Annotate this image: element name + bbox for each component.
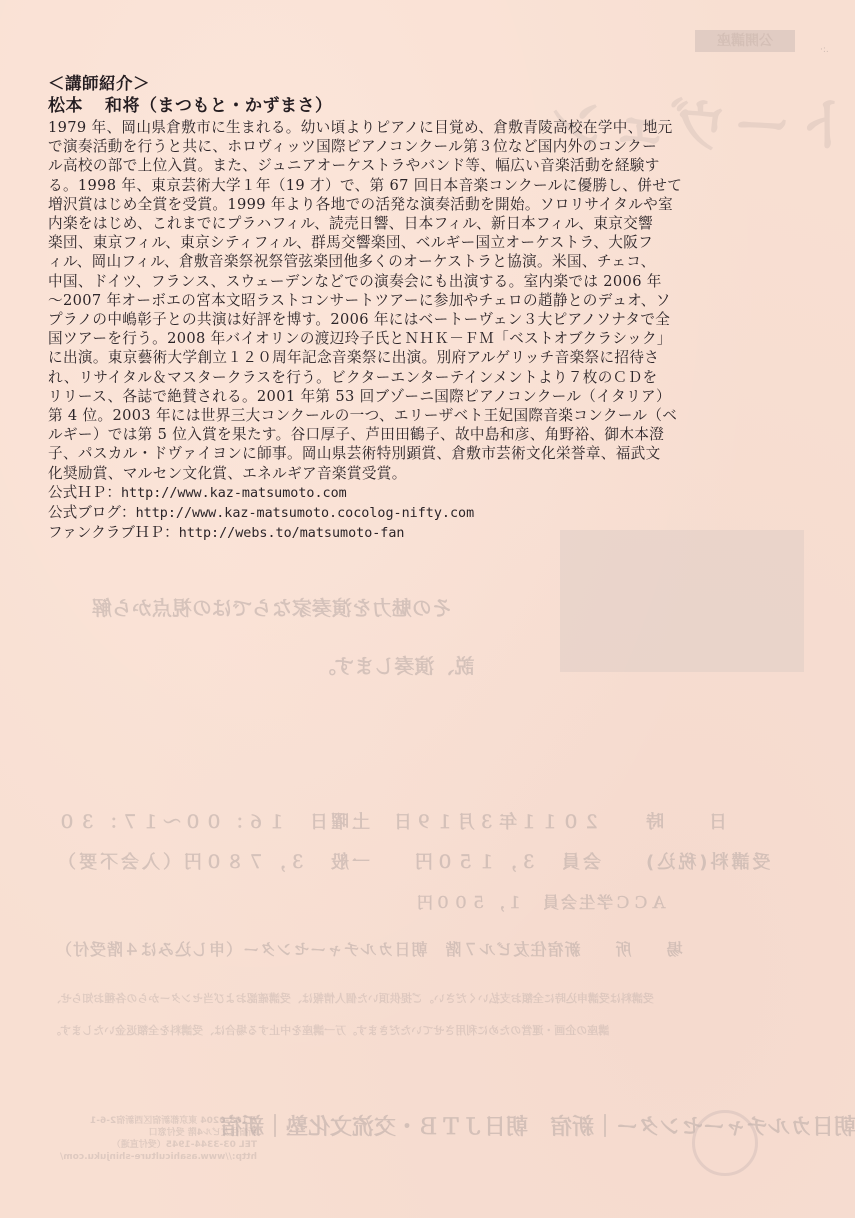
bio-line: ィル、岡山フィル、倉敷音楽祭祝祭管弦楽団他多くのオーケストラと協演。米国、チェコ… (48, 252, 828, 271)
link-label: 公式ブログ： (48, 504, 136, 521)
bio-line: で演奏活動を行うと共に、ホロヴィッツ国際ピアノコンクール第３位など国内外のコンク… (48, 137, 828, 156)
biography: 1979 年、岡山県倉敷市に生まれる。幼い頃よりピアノに目覚め、倉敷青陵高校在学… (48, 118, 828, 483)
given-name: 和将 (105, 96, 140, 116)
bleed-through-line: 説、演奏します。 (316, 650, 474, 679)
corner-mark: ·:. (820, 45, 829, 55)
bio-line: 子、パスカル・ドヴァイヨンに師事。岡山県芸術特別顕賞、倉敷市芸術文化栄誉章、福武… (48, 444, 828, 463)
bio-line: 増沢賞はじめ全賞を受賞。1999 年より各地での活発な演奏活動を開始。ソロリサイ… (48, 195, 828, 214)
bleed-through-badge: 公開講座 (695, 30, 795, 52)
links-list: 公式ＨＰ：http://www.kaz-matsumoto.com 公式ブログ：… (48, 483, 828, 544)
section-heading: ＜講師紹介＞ (48, 73, 828, 95)
bio-line: る。1998 年、東京芸術大学１年（19 才）で、第 67 回日本音楽コンクール… (48, 176, 828, 195)
bio-line: プラノの中嶋彰子との共演は好評を博す。2006 年にはベートーヴェン３大ピアノソ… (48, 310, 828, 329)
bleed-through-footer-address: 〒163-0204 東京都新宿区西新宿2-6-1 新宿住友ビル4階 受付窓口 T… (60, 1115, 257, 1163)
name-reading: （まつもと・かずまさ） (140, 96, 333, 116)
link-official-site: 公式ＨＰ：http://www.kaz-matsumoto.com (48, 483, 828, 503)
bleed-through-place-row: 場 所 新宿住友ビル７階 朝日カルチャーセンター（申し込みは４階受付） (55, 937, 683, 960)
family-name: 松本 (48, 96, 83, 116)
bleed-through-student-row: ＡＣＣ学生会員 １，５００円 (415, 890, 667, 913)
official-blog-link[interactable]: http://www.kaz-matsumoto.cocolog-nifty.c… (136, 506, 475, 521)
instructor-name: 松本和将（まつもと・かずまさ） (48, 95, 828, 117)
bio-line: 内楽をはじめ、これまでにプラハフィル、読売日響、日本フィル、新日本フィル、東京交… (48, 214, 828, 233)
bio-line: れ、リサイタル＆マスタークラスを行う。ビクターエンターテインメントより７枚のＣＤ… (48, 368, 828, 387)
bio-line: 1979 年、岡山県倉敷市に生まれる。幼い頃よりピアノに目覚め、倉敷青陵高校在学… (48, 118, 828, 137)
bleed-through-line: その魅力を演奏家ならではの視点から解 (92, 592, 452, 621)
official-site-link[interactable]: http://www.kaz-matsumoto.com (121, 486, 347, 501)
bio-line: 化奨励賞、マルセン文化賞、エネルギア音楽賞受賞。 (48, 464, 828, 483)
bio-line: ル高校の部で上位入賞。また、ジュニアオーケストラやバンド等、幅広い音楽活動を経験… (48, 156, 828, 175)
bio-line: ルギー）では第 5 位入賞を果たす。谷口厚子、芦田田鶴子、故中島和彦、角野裕、御… (48, 425, 828, 444)
instructor-profile: ＜講師紹介＞ 松本和将（まつもと・かずまさ） 1979 年、岡山県倉敷市に生まれ… (48, 73, 828, 543)
bleed-through-photo (560, 530, 804, 672)
link-official-blog: 公式ブログ：http://www.kaz-matsumoto.cocolog-n… (48, 503, 828, 523)
bio-line: 中国、ドイツ、フランス、スウェーデンなどでの演奏会にも出演する。室内楽では 20… (48, 272, 828, 291)
bio-line: 楽団、東京フィル、東京シティフィル、群馬交響楽団、ベルギー国立オーケストラ、大阪… (48, 233, 828, 252)
link-fan-club: ファンクラブＨＰ：http://webs.to/matsumoto-fan (48, 523, 828, 543)
bleed-through-footer-org: 朝日カルチャーセンター｜新宿 朝日ＪＴＢ・交流文化塾｜新宿 (220, 1110, 855, 1141)
bio-line: 第 4 位。2003 年には世界三大コンクールの一つ、エリーザベト王妃国際音楽コ… (48, 406, 828, 425)
bleed-through-date-row: 日 時 ２０１１年３月１９日 土曜日 １６：００～１７：３０ (55, 808, 727, 834)
bio-line: ～2007 年オーボエの宮本文昭ラストコンサートツアーに参加やチェロの趙静とのデ… (48, 291, 828, 310)
bio-line: リリース、各誌で絶賛される。2001 年第 53 回ブゾーニ国際ピアノコンクール… (48, 387, 828, 406)
bio-line: に出演。東京藝術大学創立１２０周年記念音楽祭に出演。別府アルゲリッチ音楽祭に招待… (48, 348, 828, 367)
bleed-through-note: 講座の企画・運営のために利用させていただきます。万一講座を中止する場合は、受講料… (50, 1022, 609, 1038)
bleed-through-note: 受講料は受講申込時に全額お支払いください。ご提供頂いた個人情報は、受講確認および… (50, 990, 654, 1006)
bleed-through-logo-icon (692, 1110, 758, 1176)
bleed-through-fee-row: 受講料(税込) 会員 ３，１５０円 一般 ３，７８０円（入会不要） (55, 848, 770, 874)
link-label: 公式ＨＰ： (48, 484, 121, 501)
link-label: ファンクラブＨＰ： (48, 524, 179, 541)
bio-line: 国ツアーを行う。2008 年バイオリンの渡辺玲子氏とＮＨＫ－ＦＭ「ベストオブクラ… (48, 329, 828, 348)
fan-club-link[interactable]: http://webs.to/matsumoto-fan (179, 526, 405, 541)
